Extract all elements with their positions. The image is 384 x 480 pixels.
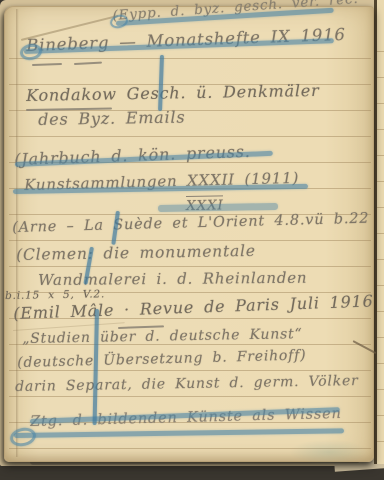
- shelfmark-annotation: b.i.15 x 5, V.2.: [5, 288, 105, 302]
- handwritten-line: Wandmalerei i. d. Rheinlanden: [38, 269, 307, 289]
- paper-stain: [289, 439, 369, 465]
- next-page-edge: [374, 0, 384, 464]
- ruled-lines: [377, 26, 384, 442]
- handwritten-line: des Byz. Emails: [38, 107, 186, 129]
